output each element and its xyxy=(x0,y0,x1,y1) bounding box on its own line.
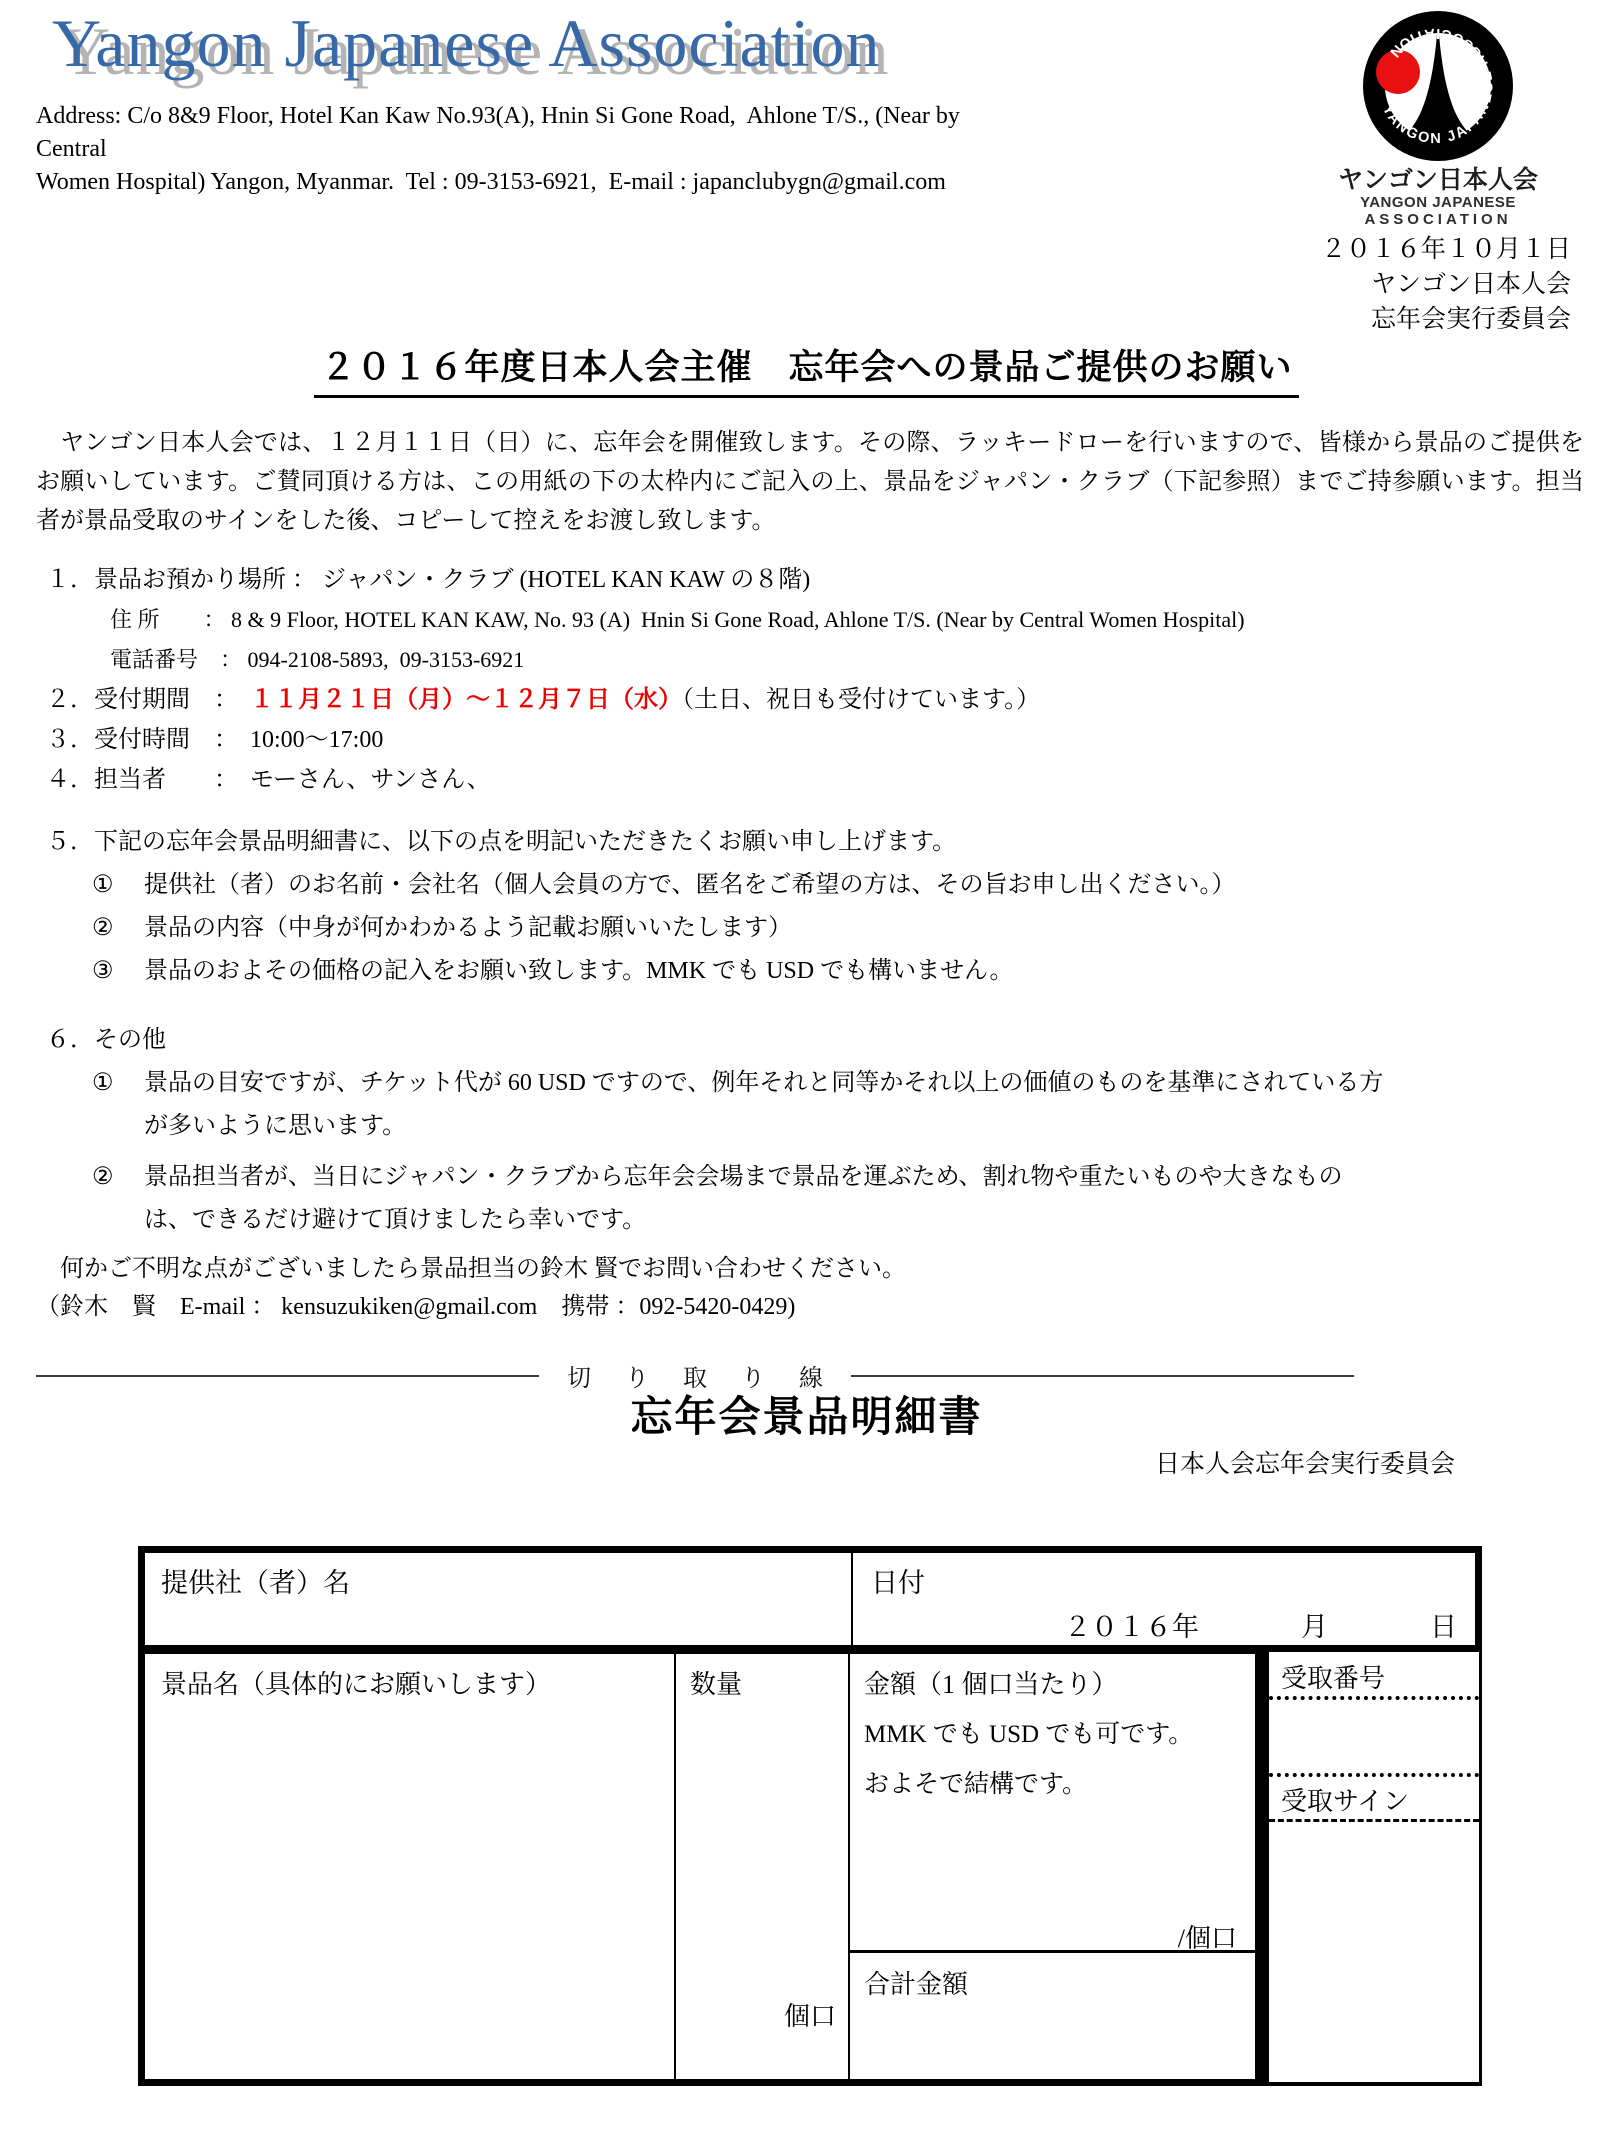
section-6-item-1-text: 景品の目安ですが、チケット代が 60 USD ですので、例年それと同等かそれ以上… xyxy=(144,1062,1596,1148)
address-line-1: Address: C/o 8&9 Floor, Hotel Kan Kaw No… xyxy=(36,100,986,166)
quantity-label: 数量 xyxy=(690,1664,742,1701)
amount-label: 金額（1 個口当たり） xyxy=(864,1664,1118,1701)
org-title: Yangon Japanese Association xyxy=(52,4,880,83)
logo-en-line1: YANGON JAPANESE xyxy=(1338,194,1538,211)
form-table-header-row: 提供社（者）名 日付 ２０１６年月日 xyxy=(138,1546,1482,1652)
section-5-item-2-text: 景品の内容（中身が何かわかるよう記載お願いいたします） xyxy=(144,907,1596,950)
receipt-column: 受取番号 受取サイン xyxy=(1262,1652,1482,2086)
quantity-unit-label: 個口 xyxy=(674,1996,836,2033)
total-divider xyxy=(848,1950,1255,1953)
cut-line-dash-left xyxy=(36,1375,539,1377)
list-item-3: ３．受付時間 ： 10:00～17:00 xyxy=(36,720,1601,760)
contact-block: 何かご不明な点がございましたら景品担当の鈴木 賢でお問い合わせください。 （鈴木… xyxy=(36,1250,1576,1326)
date-day: 日 xyxy=(1430,1612,1457,1642)
total-amount-label: 合計金額 xyxy=(864,1964,968,2001)
association-logo: YANGON JAPANESE ASSOCIATION ヤンゴン日本人会 YAN… xyxy=(1338,10,1538,228)
list-item-1-addr: 住 所 ： 8 & 9 Floor, HOTEL KAN KAW, No. 93… xyxy=(36,600,1601,640)
intro-paragraph: ヤンゴン日本人会では、１２月１１日（日）に、忘年会を開催致します。その際、ラッキ… xyxy=(36,424,1584,541)
section-5: ５．下記の忘年会景品明細書に、以下の点を明記いただきたくお願い申し上げます。 ①… xyxy=(36,820,1596,993)
list-item-4: ４．担当者 ： モーさん、サンさん、 xyxy=(36,760,1601,800)
circled-number-2: ② xyxy=(92,907,144,950)
document-title: ２０１６年度日本人会主催 忘年会への景品ご提供のお願い xyxy=(314,340,1298,398)
section-6-item-1: ① 景品の目安ですが、チケット代が 60 USD ですので、例年それと同等かそれ… xyxy=(36,1062,1596,1148)
document-title-wrap: ２０１６年度日本人会主催 忘年会への景品ご提供のお願い xyxy=(0,340,1613,398)
section-5-heading: ５．下記の忘年会景品明細書に、以下の点を明記いただきたくお願い申し上げます。 xyxy=(36,820,1596,864)
logo-jp-name: ヤンゴン日本人会 xyxy=(1338,166,1538,194)
list-item-2-period: １１月２１日（月）～１２月７日（水） xyxy=(250,687,682,713)
pagoda-logo-icon: YANGON JAPANESE ASSOCIATION xyxy=(1338,10,1538,166)
section-5-item-2: ② 景品の内容（中身が何かわかるよう記載お願いいたします） xyxy=(36,907,1596,950)
circled-number-1: ① xyxy=(92,1062,144,1148)
section-5-item-3-text: 景品のおよその価格の記入をお願い致します。MMK でも USD でも構いません。 xyxy=(144,950,1596,993)
form-committee: 日本人会忘年会実行委員会 xyxy=(1155,1444,1455,1480)
circled-number-2: ② xyxy=(92,1156,144,1242)
address-line-2: Women Hospital) Yangon, Myanmar. Tel : 0… xyxy=(36,166,986,199)
document-page: Yangon Japanese Association Address: C/o… xyxy=(0,0,1613,2141)
section-6-heading: ６．その他 xyxy=(36,1018,1596,1062)
amount-note-2: およそで結構です。 xyxy=(864,1764,1087,1800)
section-5-item-3: ③ 景品のおよその価格の記入をお願い致します。MMK でも USD でも構いませ… xyxy=(36,950,1596,993)
section-6-item-2: ② 景品担当者が、当日にジャパン・クラブから忘年会会場まで景品を運ぶため、割れ物… xyxy=(36,1156,1596,1242)
list-item-2: ２．受付期間 ： １１月２１日（月）～１２月７日（水）（土日、祝日も受付けていま… xyxy=(36,680,1601,720)
circled-number-1: ① xyxy=(92,864,144,907)
issuer-org: ヤンゴン日本人会 xyxy=(1321,267,1571,302)
contact-line-1: 何かご不明な点がございましたら景品担当の鈴木 賢でお問い合わせください。 xyxy=(36,1250,1576,1288)
receipt-sign-label: 受取サイン xyxy=(1269,1777,1479,1822)
logo-en-line2: ASSOCIATION xyxy=(1338,211,1538,228)
list-item-1-tel: 電話番号 ： 094-2108-5893, 09-3153-6921 xyxy=(36,640,1601,680)
receipt-number-field[interactable] xyxy=(1269,1700,1479,1777)
section-5-item-1-text: 提供社（者）のお名前・会社名（個人会員の方で、匿名をご希望の方は、その旨お申し出… xyxy=(144,864,1596,907)
list-item-2-note: （土日、祝日も受付けています。） xyxy=(682,687,1040,713)
circled-number-3: ③ xyxy=(92,950,144,993)
provider-name-label: 提供社（者）名 xyxy=(161,1568,350,1598)
section-6-item-2-text: 景品担当者が、当日にジャパン・クラブから忘年会会場まで景品を運ぶため、割れ物や重… xyxy=(144,1156,1596,1242)
date-month: 月 xyxy=(1301,1612,1328,1642)
contact-line-2: （鈴木 賢 E-mail ： kensuzukiken@gmail.com 携帯… xyxy=(36,1288,1576,1326)
receipt-number-label: 受取番号 xyxy=(1269,1652,1479,1700)
list-item-2-prefix: ２．受付期間 ： xyxy=(46,687,250,713)
issue-date: ２０１６年１０月１日 xyxy=(1321,232,1571,267)
info-list: １．景品お預かり場所 ： ジャパン・クラブ (HOTEL KAN KAW の８階… xyxy=(36,560,1601,800)
date-year: ２０１６年 xyxy=(1064,1612,1199,1642)
form-table-body: 景品名（具体的にお願いします） 数量 金額（1 個口当たり） MMK でも US… xyxy=(138,1652,1262,2086)
date-label: 日付 xyxy=(871,1561,925,1600)
amount-note-1: MMK でも USD でも可です。 xyxy=(864,1714,1193,1750)
section-6: ６．その他 ① 景品の目安ですが、チケット代が 60 USD ですので、例年それ… xyxy=(36,1018,1596,1242)
form-title: 忘年会景品明細書 xyxy=(0,1384,1613,1444)
section-5-item-1: ① 提供社（者）のお名前・会社名（個人会員の方で、匿名をご希望の方は、その旨お申… xyxy=(36,864,1596,907)
issue-date-block: ２０１６年１０月１日 ヤンゴン日本人会 忘年会実行委員会 xyxy=(1321,232,1571,337)
column-divider xyxy=(848,1654,850,2079)
provider-name-cell[interactable]: 提供社（者）名 xyxy=(145,1553,853,1645)
list-item-1: １．景品お預かり場所 ： ジャパン・クラブ (HOTEL KAN KAW の８階… xyxy=(36,560,1601,600)
issuer-committee: 忘年会実行委員会 xyxy=(1321,302,1571,337)
org-address: Address: C/o 8&9 Floor, Hotel Kan Kaw No… xyxy=(36,100,986,199)
cut-line-dash-right xyxy=(851,1375,1354,1377)
date-fill-line: ２０１６年月日 xyxy=(871,1605,1457,1644)
receipt-sign-field[interactable] xyxy=(1269,1822,1479,2082)
date-cell[interactable]: 日付 ２０１６年月日 xyxy=(855,1553,1475,1645)
item-name-label: 景品名（具体的にお願いします） xyxy=(161,1664,551,1701)
